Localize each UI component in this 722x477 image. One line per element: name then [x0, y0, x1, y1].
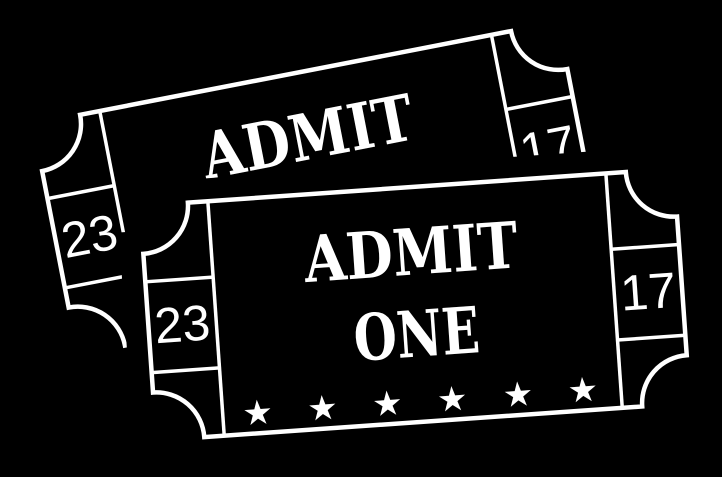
- star-icon: ★: [566, 370, 599, 412]
- star-icon: ★: [502, 374, 535, 416]
- star-icon: ★: [436, 379, 469, 421]
- ticket-back-left-stub-number: 23: [57, 203, 122, 269]
- star-icon: ★: [306, 388, 339, 430]
- tickets-illustration: 23 17 ADMIT 23 17 ADMIT ONE ★ ★ ★ ★ ★ ★: [0, 0, 722, 477]
- ticket-front-left-stub-number: 23: [153, 294, 212, 354]
- ticket-front-right-stub-number: 17: [619, 262, 678, 322]
- star-icon: ★: [371, 383, 404, 425]
- ticket-front-admit-line2: ONE: [351, 293, 482, 377]
- ticket-art-canvas: 23 17 ADMIT 23 17 ADMIT ONE ★ ★ ★ ★ ★ ★: [0, 0, 722, 477]
- ticket-front-admit-line1: ADMIT: [301, 208, 521, 298]
- ticket-front: 23 17 ADMIT ONE ★ ★ ★ ★ ★ ★: [140, 169, 690, 441]
- star-icon: ★: [241, 392, 274, 434]
